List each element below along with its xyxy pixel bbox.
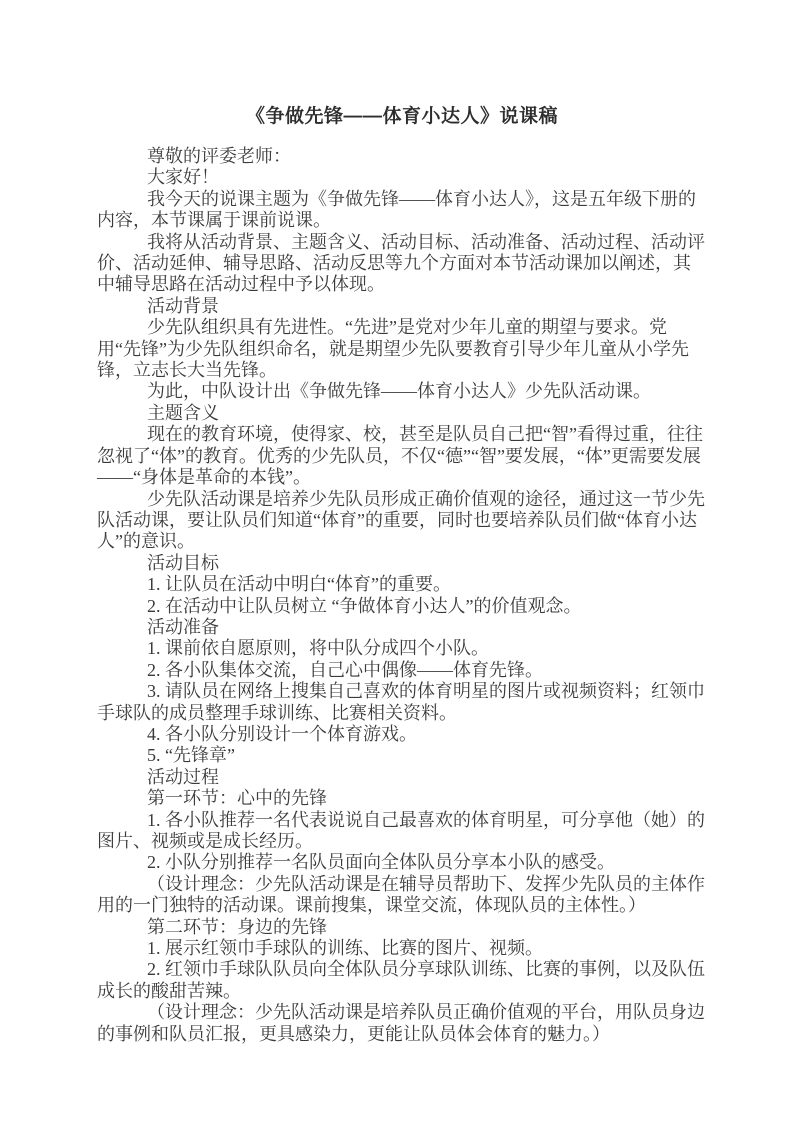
document-page: 《争做先锋——体育小达人》说课稿 尊敬的评委老师：大家好！我今天的说课主题为《争… (0, 0, 793, 1122)
paragraph: （设计理念：少先队活动课是培养队员正确价值观的平台，用队员身边的事例和队员汇报，… (97, 1002, 707, 1045)
paragraph: 2. 红领巾手球队队员向全体队员分享球队训练、比赛的事例，以及队伍成长的酸甜苦辣… (97, 959, 707, 1002)
paragraph: 第一环节：心中的先锋 (97, 788, 707, 809)
paragraph: 活动目标 (97, 553, 707, 574)
paragraph: 大家好！ (97, 167, 707, 188)
paragraph: 3. 请队员在网络上搜集自己喜欢的体育明星的图片或视频资料；红领巾手球队的成员整… (97, 681, 707, 724)
paragraph: 为此，中队设计出《争做先锋——体育小达人》少先队活动课。 (97, 381, 707, 402)
paragraph: 1. 各小队推荐一名代表说说自己最喜欢的体育明星，可分享他（她）的图片、视频或是… (97, 810, 707, 853)
paragraph: 2. 小队分别推荐一名队员面向全体队员分享本小队的感受。 (97, 852, 707, 873)
paragraph: （设计理念：少先队活动课是在辅导员帮助下、发挥少先队员的主体作用的一门独特的活动… (97, 874, 707, 917)
paragraph: 活动准备 (97, 617, 707, 638)
paragraph: 活动过程 (97, 767, 707, 788)
paragraph: 现在的教育环境，使得家、校，甚至是队员自己把“智”看得过重，往往忽视了“体”的教… (97, 424, 707, 488)
paragraph: 我将从活动背景、主题含义、活动目标、活动准备、活动过程、活动评价、活动延伸、辅导… (97, 232, 707, 296)
paragraph: 我今天的说课主题为《争做先锋——体育小达人》，这是五年级下册的内容，本节课属于课… (97, 189, 707, 232)
paragraph: 少先队组织具有先进性。“先进”是党对少年儿童的期望与要求。党用“先锋”为少先队组… (97, 317, 707, 381)
paragraph: 2. 各小队集体交流，自己心中偶像——体育先锋。 (97, 660, 707, 681)
paragraph: 主题含义 (97, 403, 707, 424)
paragraph: 少先队活动课是培养少先队员形成正确价值观的途径，通过这一节少先队活动课，要让队员… (97, 489, 707, 553)
paragraph: 第二环节：身边的先锋 (97, 917, 707, 938)
paragraph: 5. “先锋章” (97, 745, 707, 766)
paragraph: 4. 各小队分别设计一个体育游戏。 (97, 724, 707, 745)
paragraph-list: 尊敬的评委老师：大家好！我今天的说课主题为《争做先锋——体育小达人》，这是五年级… (97, 146, 707, 1045)
paragraph: 2. 在活动中让队员树立 “争做体育小达人”的价值观念。 (97, 596, 707, 617)
paragraph: 1. 展示红领巾手球队的训练、比赛的图片、视频。 (97, 938, 707, 959)
document-title: 《争做先锋——体育小达人》说课稿 (97, 106, 707, 127)
paragraph: 活动背景 (97, 296, 707, 317)
document-body: 《争做先锋——体育小达人》说课稿 尊敬的评委老师：大家好！我今天的说课主题为《争… (97, 106, 707, 1045)
paragraph: 尊敬的评委老师： (97, 146, 707, 167)
paragraph: 1. 让队员在活动中明白“体育”的重要。 (97, 574, 707, 595)
paragraph: 1. 课前依自愿原则，将中队分成四个小队。 (97, 638, 707, 659)
